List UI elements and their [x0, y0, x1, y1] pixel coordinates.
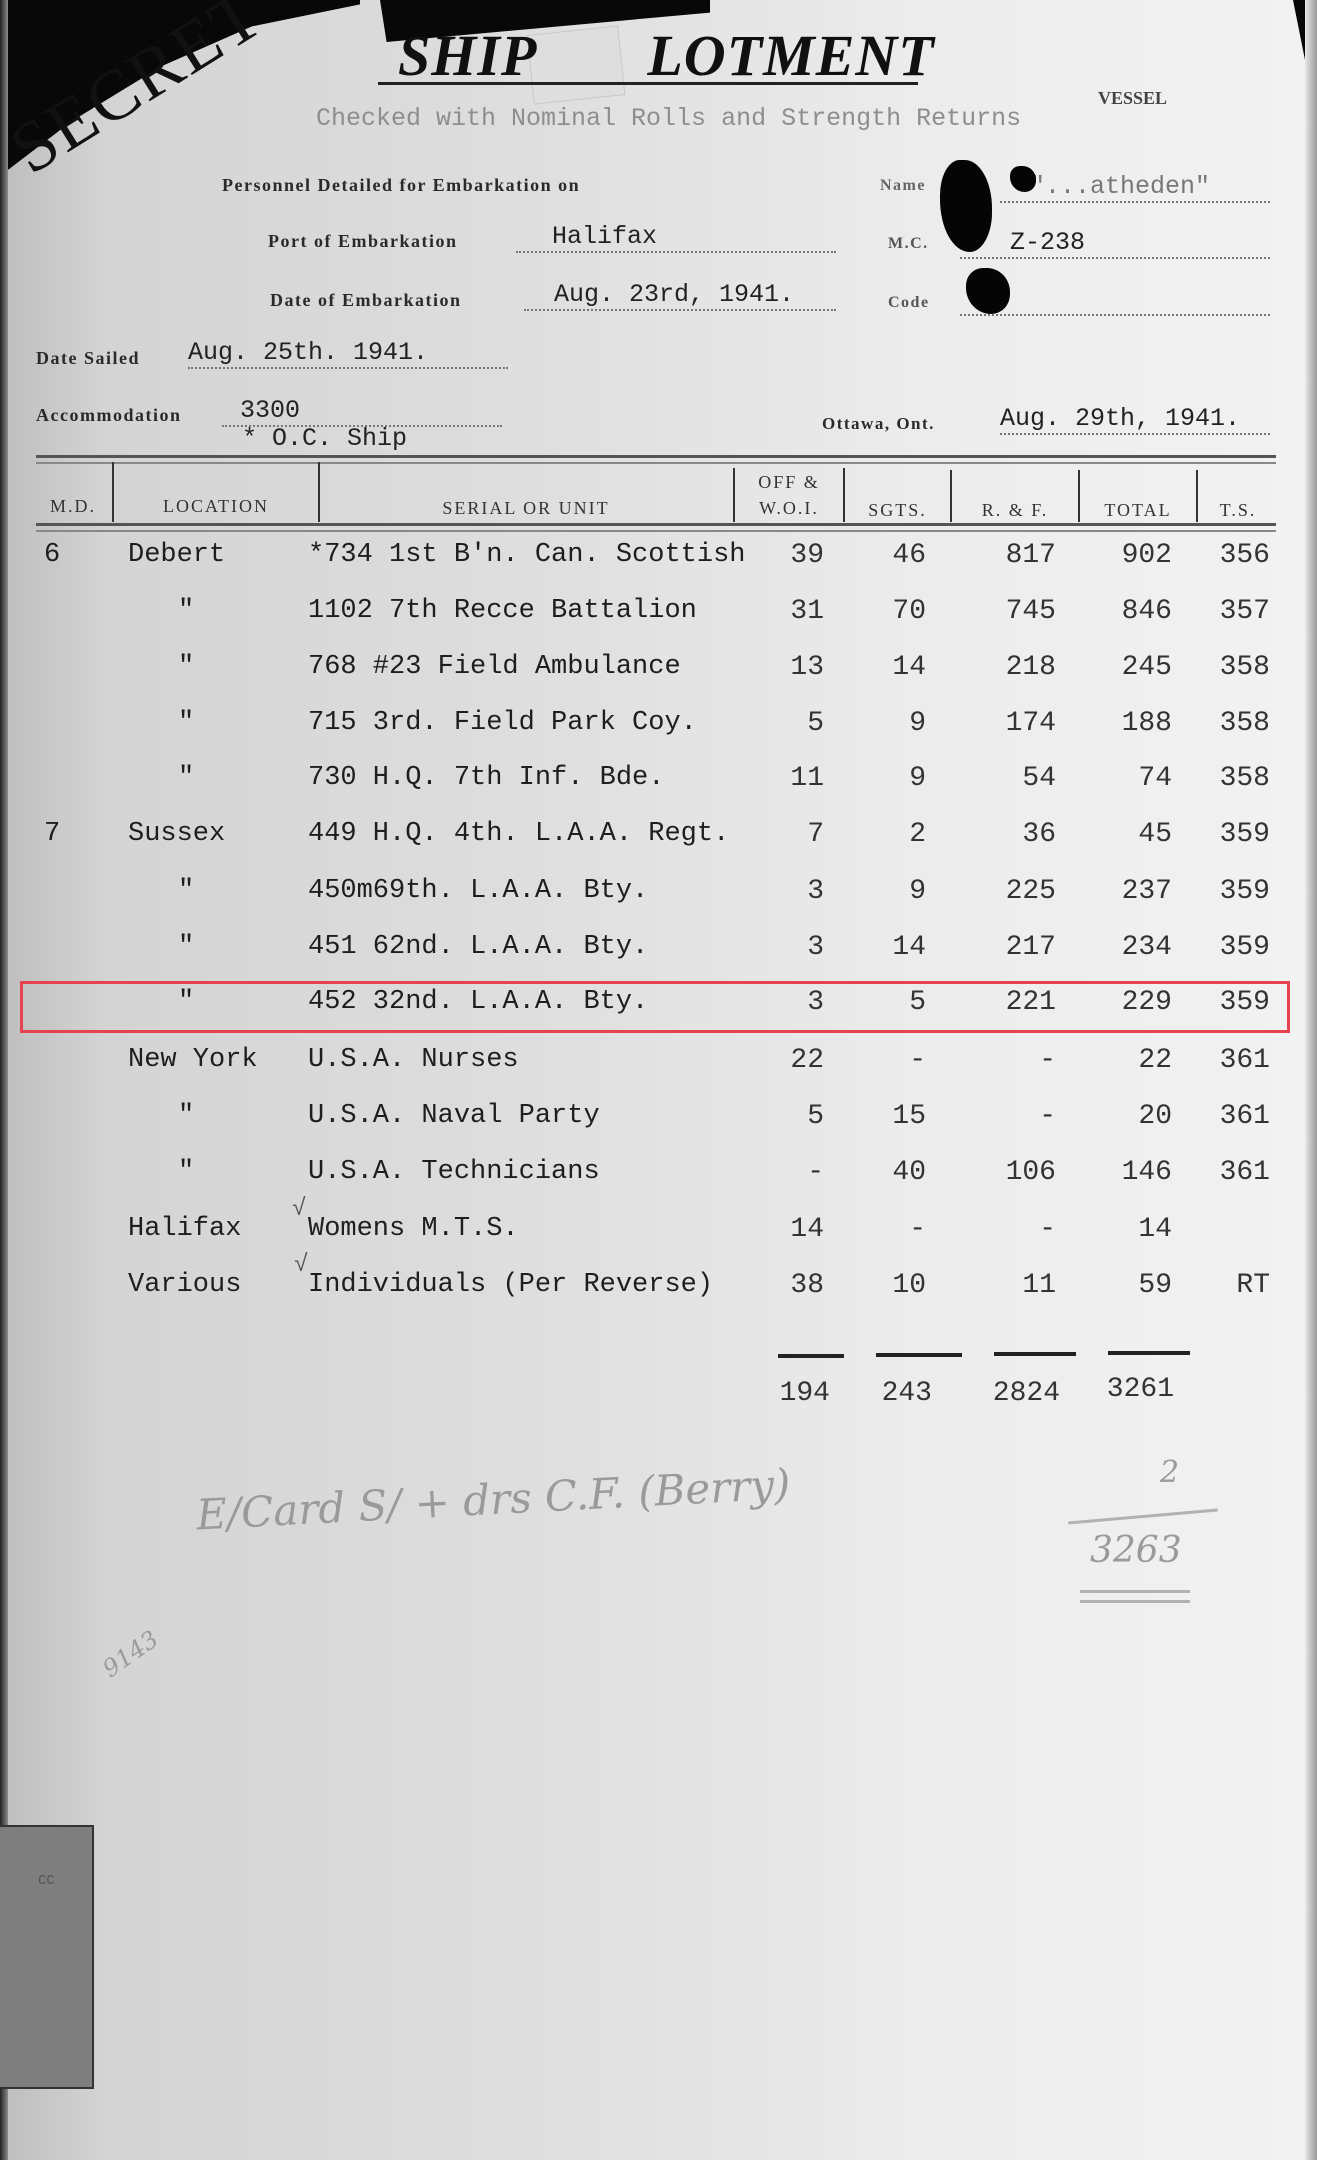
cell-sgts: 15 [860, 1101, 926, 1132]
header-bottom-rule-2 [36, 530, 1276, 532]
pencil-sum: 3263 [1090, 1530, 1182, 1571]
cell-total: 846 [1080, 596, 1172, 627]
sum-rule [994, 1352, 1076, 1356]
cell-sgts: 2 [860, 819, 926, 850]
cell-unit: Womens M.T.S. [308, 1214, 748, 1244]
cell-off-woi: 11 [760, 763, 824, 794]
cell-rf: 174 [964, 708, 1056, 739]
highlighted-row-box [20, 981, 1290, 1033]
cell-sgts: 46 [860, 540, 926, 571]
accommodation-value: 3300 [222, 396, 502, 427]
cell-ts: 358 [1192, 708, 1270, 739]
personnel-label: Personnel Detailed for Embarkation on [222, 175, 580, 196]
cell-total: 74 [1080, 763, 1172, 794]
code-label: Code [888, 294, 930, 312]
cell-location: Sussex [128, 819, 318, 849]
cell-off-woi: 38 [760, 1270, 824, 1301]
cell-rf: 817 [964, 540, 1056, 571]
cell-off-woi: - [760, 1157, 824, 1188]
cell-rf: 36 [964, 819, 1056, 850]
mc-label: M.C. [888, 235, 929, 253]
pencil-underline [1080, 1600, 1190, 1603]
cell-total: 22 [1080, 1045, 1172, 1076]
vessel-label: VESSEL [1098, 88, 1167, 109]
col-header-sgts: SGTS. [845, 500, 950, 521]
cell-off-woi: 3 [760, 932, 824, 963]
checkmark-icon: √ [292, 1196, 306, 1223]
cell-unit: 451 62nd. L.A.A. Bty. [308, 932, 748, 962]
table-top-rule-2 [36, 462, 1276, 464]
cell-off-woi: 7 [760, 819, 824, 850]
cell-rf: 218 [964, 652, 1056, 683]
total-off: 194 [770, 1378, 830, 1409]
cell-unit: Individuals (Per Reverse) [308, 1270, 748, 1300]
cell-location: Various [128, 1270, 318, 1300]
ink-blot [1010, 166, 1036, 192]
title-left: SHIP [398, 23, 537, 88]
cell-ts: 358 [1192, 652, 1270, 683]
cell-sgts: 40 [860, 1157, 926, 1188]
cell-unit: 715 3rd. Field Park Coy. [308, 708, 748, 738]
tab-label: CC [38, 1873, 55, 1889]
cell-ts: 361 [1192, 1045, 1270, 1076]
cell-total: 234 [1080, 932, 1172, 963]
cell-rf: 11 [964, 1270, 1056, 1301]
cell-ts: 361 [1192, 1101, 1270, 1132]
cell-total: 245 [1080, 652, 1172, 683]
table-top-rule [36, 455, 1276, 458]
cell-off-woi: 14 [760, 1214, 824, 1245]
cell-ts: 359 [1192, 876, 1270, 907]
cell-location: New York [128, 1045, 318, 1075]
checked-note: Checked with Nominal Rolls and Strength … [316, 104, 1021, 133]
cell-md: 7 [44, 819, 84, 849]
cell-rf: 217 [964, 932, 1056, 963]
vessel-name-value: "...atheden" [1000, 172, 1270, 203]
cell-ts: 356 [1192, 540, 1270, 571]
cell-off-woi: 39 [760, 540, 824, 571]
date-sailed-value: Aug. 25th. 1941. [188, 338, 508, 369]
date-embarkation-value: Aug. 23rd, 1941. [524, 280, 836, 311]
port-label: Port of Embarkation [268, 231, 458, 252]
col-header-off-line1: OFF & [735, 472, 843, 493]
title-underline [378, 82, 918, 85]
cell-sgts: 14 [860, 932, 926, 963]
cell-rf: 54 [964, 763, 1056, 794]
cell-unit: 730 H.Q. 7th Inf. Bde. [308, 763, 748, 793]
cell-ts: 358 [1192, 763, 1270, 794]
cell-total: 146 [1080, 1157, 1172, 1188]
cell-total: 45 [1080, 819, 1172, 850]
pencil-sum-top: 2 [1160, 1455, 1179, 1490]
cell-sgts: - [860, 1045, 926, 1076]
cell-sgts: 14 [860, 652, 926, 683]
sum-rule [1108, 1351, 1190, 1355]
cell-ts: 357 [1192, 596, 1270, 627]
date-embarkation-label: Date of Embarkation [270, 290, 462, 311]
cell-rf: 225 [964, 876, 1056, 907]
cell-total: 20 [1080, 1101, 1172, 1132]
cell-unit: U.S.A. Naval Party [308, 1101, 748, 1131]
cell-rf: - [964, 1214, 1056, 1245]
checkmark-icon: √ [294, 1252, 308, 1279]
cell-location: Debert [128, 540, 318, 570]
code-value-line [960, 312, 1270, 316]
col-header-location: LOCATION [114, 496, 318, 517]
cell-ts: RT [1192, 1270, 1270, 1301]
attached-tab: CC [0, 1825, 94, 2089]
col-header-serial-unit: SERIAL OR UNIT [320, 498, 732, 519]
date-sailed-label: Date Sailed [36, 348, 140, 369]
cell-unit: 449 H.Q. 4th. L.A.A. Regt. [308, 819, 748, 849]
name-label: Name [880, 177, 926, 195]
header-bottom-rule [36, 523, 1276, 526]
total-sgts: 243 [866, 1378, 932, 1409]
pencil-underline [1080, 1590, 1190, 1593]
document-title: SHIPLOTMENT [398, 22, 935, 89]
total-rf: 2824 [976, 1378, 1060, 1409]
cell-off-woi: 13 [760, 652, 824, 683]
cell-sgts: 70 [860, 596, 926, 627]
cell-off-woi: 5 [760, 708, 824, 739]
cell-sgts: 10 [860, 1270, 926, 1301]
cell-off-woi: 31 [760, 596, 824, 627]
cell-total: 14 [1080, 1214, 1172, 1245]
ottawa-date: Aug. 29th, 1941. [1000, 404, 1270, 435]
cell-rf: - [964, 1045, 1056, 1076]
cell-total: 902 [1080, 540, 1172, 571]
cell-md: 6 [44, 540, 84, 570]
col-header-rf: R. & F. [952, 500, 1078, 521]
cell-ts: 361 [1192, 1157, 1270, 1188]
document-page [0, 0, 1317, 2160]
cell-location: Halifax [128, 1214, 318, 1244]
port-value: Halifax [516, 222, 836, 253]
page-edge-right [1305, 0, 1317, 2160]
oc-ship-note: * O.C. Ship [242, 424, 407, 453]
total-total: 3261 [1090, 1374, 1174, 1405]
cell-unit: 450m69th. L.A.A. Bty. [308, 876, 748, 906]
sum-rule [778, 1354, 844, 1358]
cell-off-woi: 5 [760, 1101, 824, 1132]
cell-sgts: - [860, 1214, 926, 1245]
cell-total: 188 [1080, 708, 1172, 739]
col-header-ts: T.S. [1198, 500, 1278, 521]
sum-rule [876, 1353, 962, 1357]
cell-unit: 1102 7th Recce Battalion [308, 596, 748, 626]
cell-ts: 359 [1192, 932, 1270, 963]
title-right: LOTMENT [647, 23, 934, 88]
mc-value: Z-238 [960, 228, 1270, 259]
cell-off-woi: 22 [760, 1045, 824, 1076]
cell-total: 237 [1080, 876, 1172, 907]
col-header-md: M.D. [36, 496, 110, 517]
cell-sgts: 9 [860, 708, 926, 739]
cell-unit: *734 1st B'n. Can. Scottish [308, 540, 748, 570]
cell-unit: 768 #23 Field Ambulance [308, 652, 748, 682]
cell-ts: 359 [1192, 819, 1270, 850]
col-header-total: TOTAL [1080, 500, 1196, 521]
cell-sgts: 9 [860, 876, 926, 907]
cell-rf: 106 [964, 1157, 1056, 1188]
cell-unit: U.S.A. Technicians [308, 1157, 748, 1187]
accommodation-label: Accommodation [36, 405, 181, 426]
col-header-off-line2: W.O.I. [735, 498, 843, 519]
cell-rf: - [964, 1101, 1056, 1132]
cell-sgts: 9 [860, 763, 926, 794]
cell-total: 59 [1080, 1270, 1172, 1301]
ottawa-label: Ottawa, Ont. [822, 414, 935, 434]
cell-unit: U.S.A. Nurses [308, 1045, 748, 1075]
cell-off-woi: 3 [760, 876, 824, 907]
cell-rf: 745 [964, 596, 1056, 627]
